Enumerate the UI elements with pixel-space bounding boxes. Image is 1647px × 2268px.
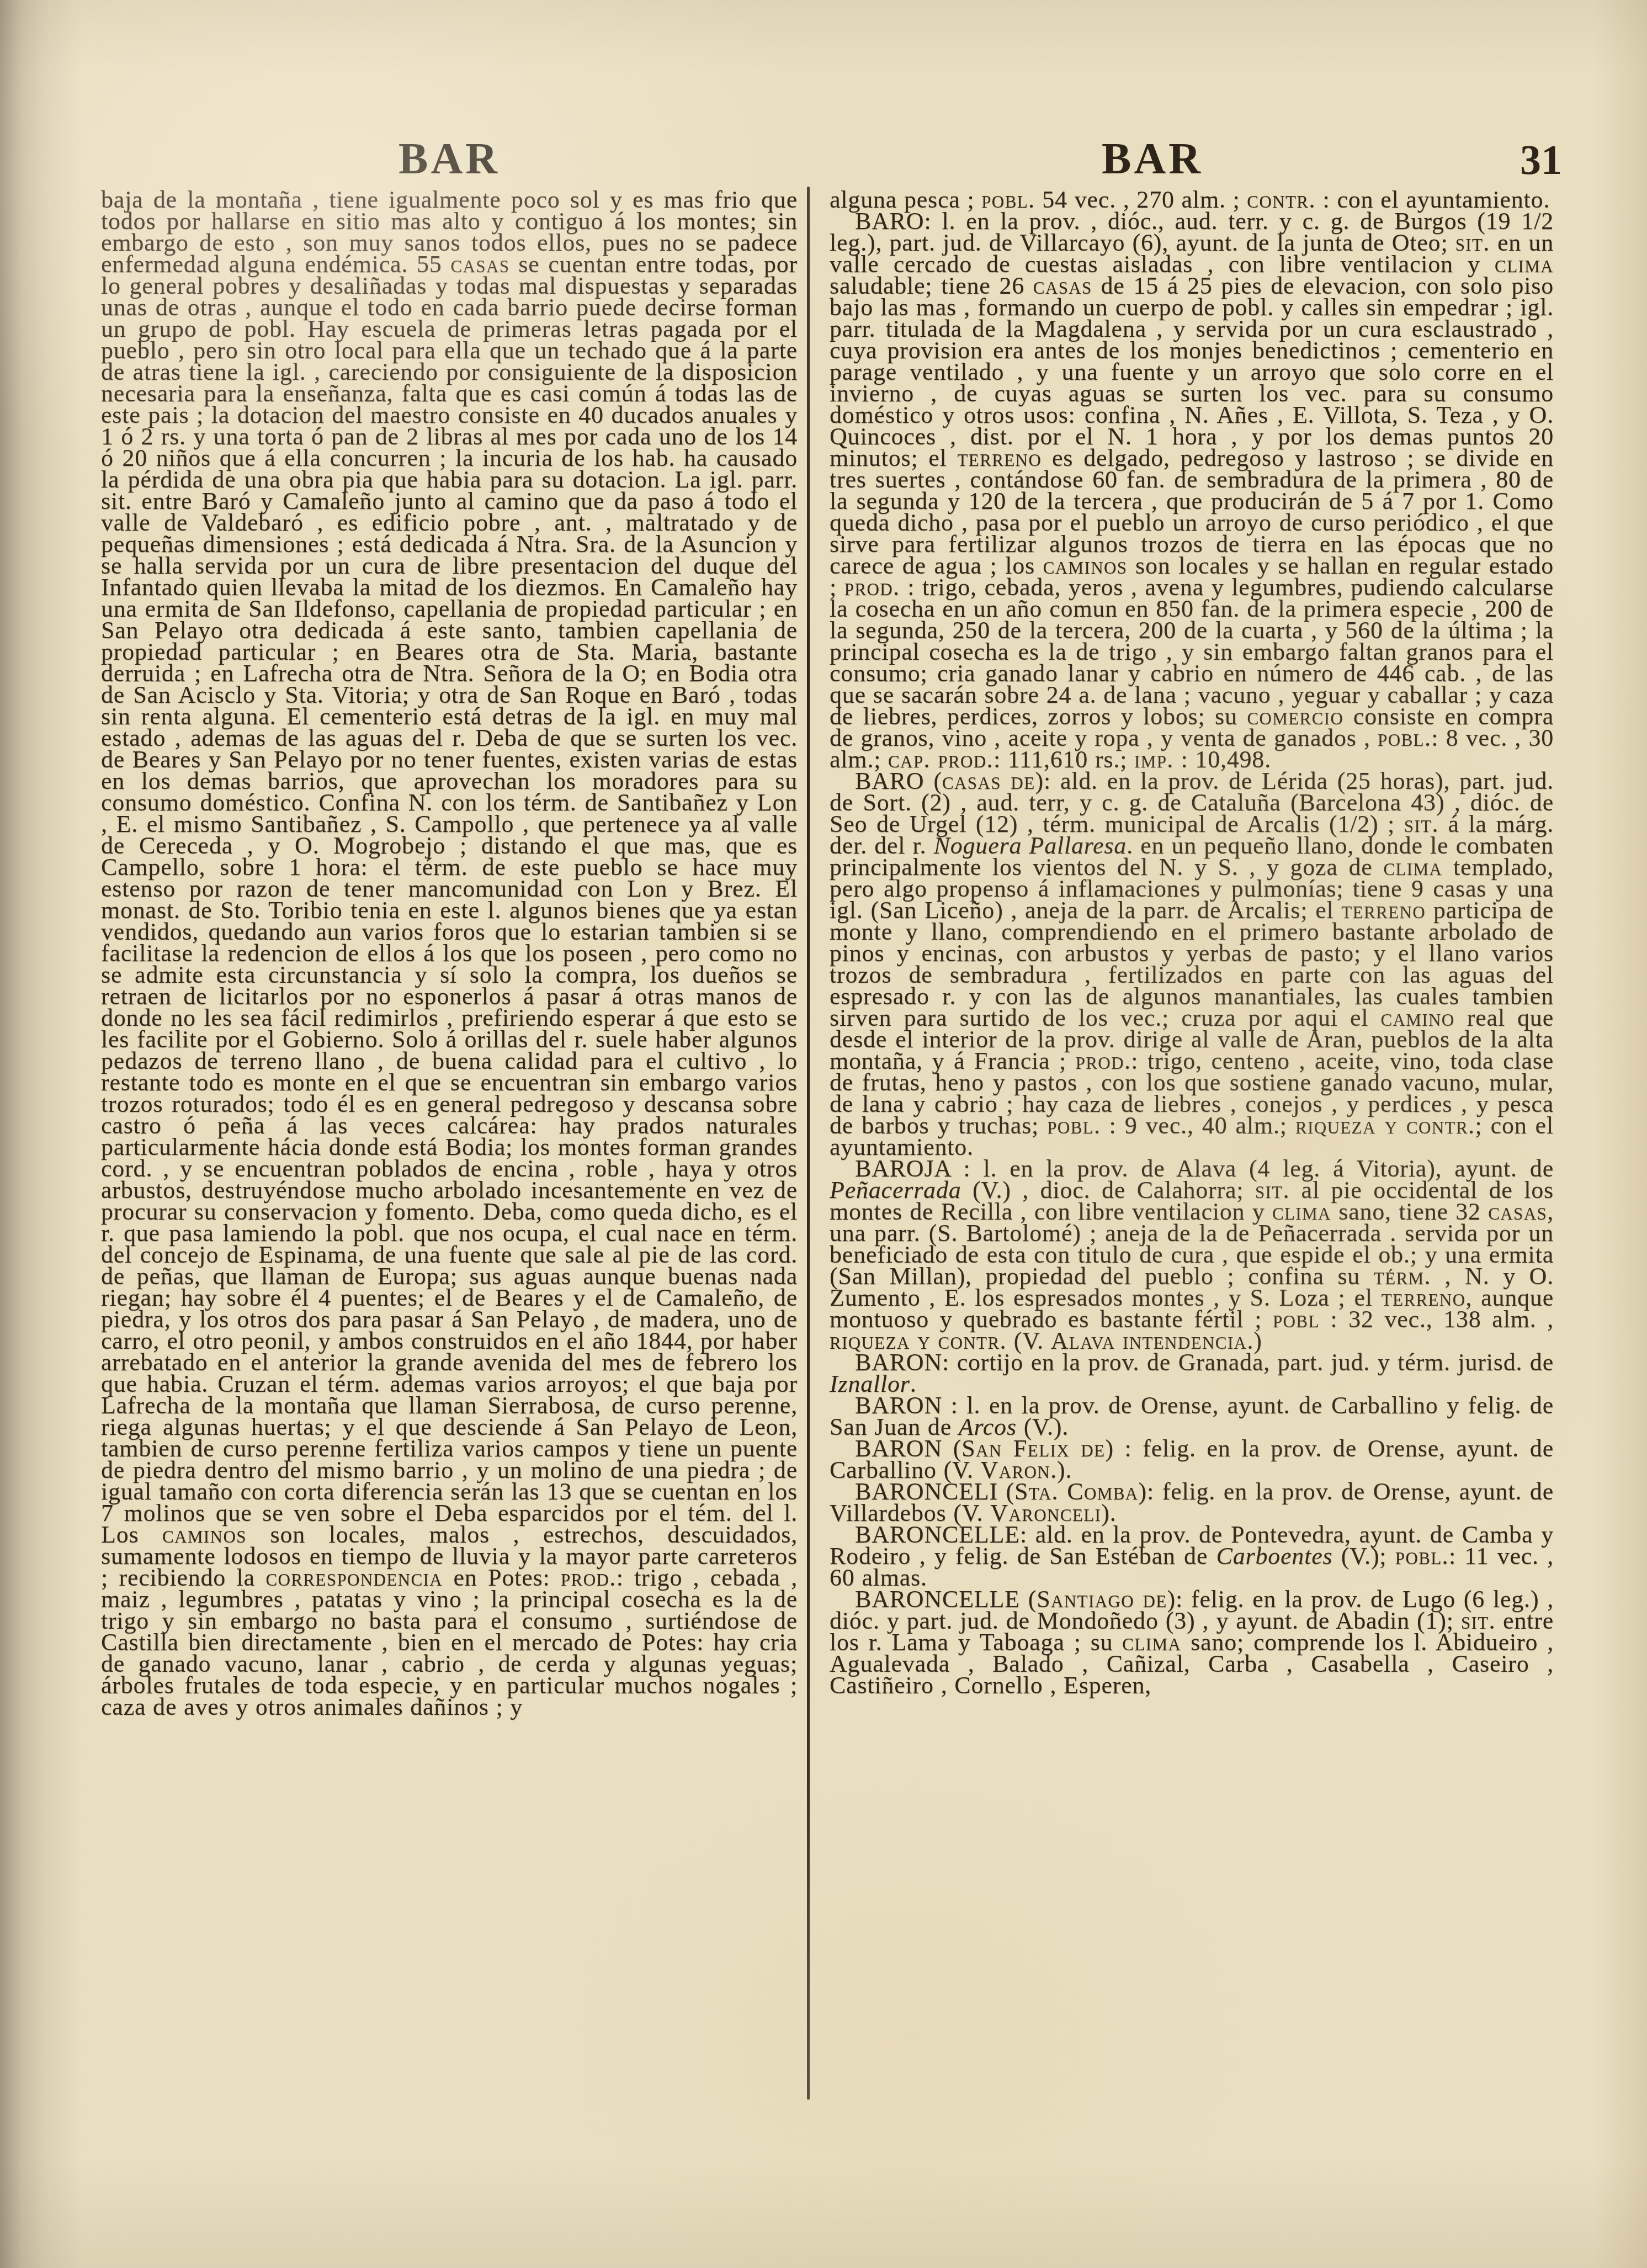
entry-baron-granada: BARON: cortijo en la prov. de Granada, p… [830, 1352, 1554, 1395]
running-head-right: BAR [830, 137, 1475, 181]
small-caps-term: pobl. [1395, 1543, 1449, 1570]
entry-baron-san-felix-de: BARON (San Felix de) : felig. en la prov… [830, 1438, 1554, 1481]
running-head-left: BAR [101, 137, 798, 181]
paragraph-continuation-left: baja de la montaña , tiene igualmente po… [101, 189, 798, 1718]
entry-baron-orense: BARON : l. en la prov. de Orense, ayunt.… [830, 1395, 1554, 1438]
italic-text: Carboentes [1216, 1543, 1333, 1570]
body-text: (V.); [1332, 1543, 1395, 1570]
entry-baro-burgos: BARO: l. en la prov. , dióc., aud. terr.… [830, 210, 1554, 770]
body-text: : 32 vec., 138 alm. , [1320, 1306, 1554, 1333]
body-text: BARON : l. en la prov. de Orense, ayunt.… [830, 1392, 1554, 1440]
column-divider-rule [807, 187, 810, 2100]
entry-baro-casas-de: BARO (casas de): ald. en la prov. de Lér… [830, 770, 1554, 1158]
body-text: BARON: cortijo en la prov. de Granada, p… [855, 1349, 1554, 1376]
small-caps-term: pobl [1273, 1306, 1320, 1333]
body-text: : 9 vec., 40 alm.; [1101, 1112, 1295, 1139]
page-number: 31 [1520, 139, 1562, 181]
small-caps-term: pobl. [1047, 1112, 1101, 1139]
body-text: de 15 á 25 pies de elevacion, con solo p… [830, 272, 1554, 471]
small-caps-term: pobl. [1378, 724, 1431, 751]
entry-baroja: BAROJA : l. en la prov. de Alava (4 leg.… [830, 1158, 1554, 1352]
body-text: se cuentan entre todas, por lo general p… [101, 251, 798, 1548]
body-text: BARO: l. en la prov. , dióc., aud. terr.… [830, 208, 1554, 256]
scanned-dictionary-page: { "document": { "kind": "gazetteer-dicti… [0, 0, 1647, 2268]
entry-baronceli-sta-comba: BARONCELI (Sta. Comba): felig. en la pro… [830, 1481, 1554, 1524]
entry-baroncelle-pontevedra: BARONCELLE: ald. en la prov. de Ponteved… [830, 1524, 1554, 1588]
small-caps-term: riqueza y contr. [1295, 1112, 1475, 1139]
text-column-right: alguna pesca ; pobl. 54 vec. , 270 alm. … [830, 189, 1554, 1696]
body-text: : trigo , cebada , maiz , legumbres , pa… [101, 1564, 798, 1720]
text-column-left: baja de la montaña , tiene igualmente po… [101, 189, 798, 1718]
entry-baroncelle-santiago-de: BARONCELLE (Santiago de): felig. en la p… [830, 1588, 1554, 1696]
